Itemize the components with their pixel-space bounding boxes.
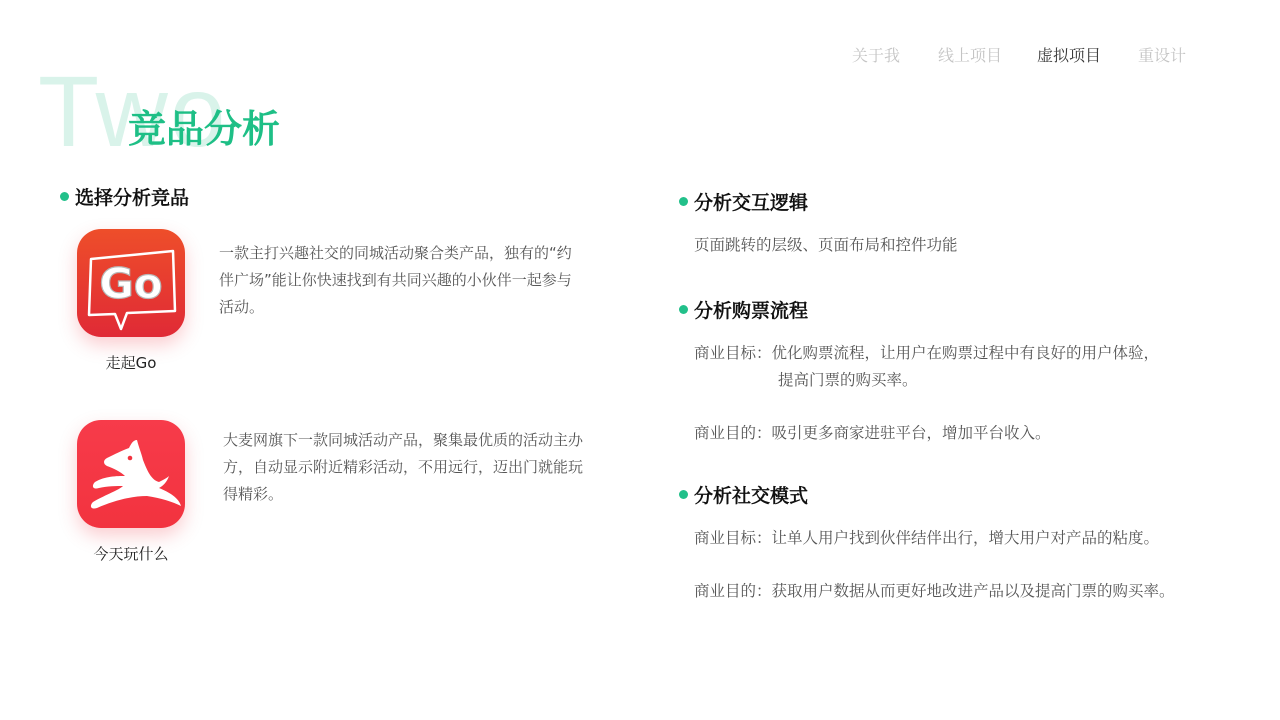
bullet-dot-icon — [679, 197, 688, 206]
section-heading-interaction-logic: 分析交互逻辑 — [679, 188, 808, 215]
app-description-zouqi-go: 一款主打兴趣社交的同城活动聚合类产品，独有的“约伴广场”能让你快速找到有共同兴趣… — [219, 240, 579, 321]
app-description-jintian-wan-shenme: 大麦网旗下一款同城活动产品，聚集最优质的活动主办方，自动显示附近精彩活动，不用远… — [223, 427, 583, 508]
go-chat-bubble-icon: Go — [77, 229, 185, 337]
bullet-dot-icon — [60, 192, 69, 201]
bullet-dot-icon — [679, 305, 688, 314]
bullet-dot-icon — [679, 490, 688, 499]
social-mode-goal: 商业目标：让单人用户找到伙伴结伴出行，增大用户对产品的粘度。 — [694, 526, 1159, 548]
section-heading-text: 分析社交模式 — [694, 485, 808, 507]
svg-text:Go: Go — [99, 259, 162, 308]
ticket-flow-purpose: 商业目的：吸引更多商家进驻平台，增加平台收入。 — [694, 421, 1051, 443]
nav-item-redesign[interactable]: 重设计 — [1138, 43, 1186, 66]
nav-item-online-projects[interactable]: 线上项目 — [938, 43, 1002, 66]
section-heading-social-mode: 分析社交模式 — [679, 481, 808, 508]
interaction-logic-text: 页面跳转的层级、页面布局和控件功能 — [694, 233, 958, 255]
section-heading-text: 分析交互逻辑 — [694, 192, 808, 214]
section-heading-text: 选择分析竞品 — [75, 187, 189, 209]
nav-item-virtual-projects[interactable]: 虚拟项目 — [1037, 43, 1101, 66]
ticket-flow-goal-line-2: 提高门票的购买率。 — [778, 368, 918, 390]
nav-item-about-me[interactable]: 关于我 — [852, 43, 900, 66]
section-heading-select-competitors: 选择分析竞品 — [60, 183, 189, 210]
section-heading-ticket-flow: 分析购票流程 — [679, 296, 808, 323]
section-heading-text: 分析购票流程 — [694, 300, 808, 322]
app-name-jintian-wan-shenme: 今天玩什么 — [71, 543, 191, 564]
page-title: 竞品分析 — [128, 110, 280, 148]
ticket-flow-goal-line-1: 商业目标：优化购票流程，让用户在购票过程中有良好的用户体验， — [694, 341, 1159, 363]
running-horse-icon — [77, 420, 185, 528]
social-mode-purpose: 商业目的：获取用户数据从而更好地改进产品以及提高门票的购买率。 — [694, 579, 1175, 601]
app-name-zouqi-go: 走起Go — [71, 352, 191, 373]
